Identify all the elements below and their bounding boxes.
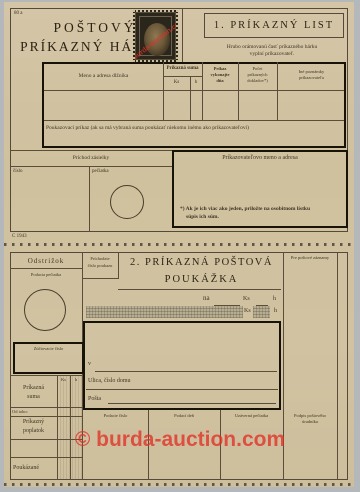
scanned-postal-form: 80 a POŠTOVÝ PRÍKAZNÝ HÁROK © burda-auct… — [0, 0, 360, 492]
address-v: v — [88, 361, 91, 368]
col-sum-ks: Ks — [163, 80, 190, 86]
auction-watermark: © burda-auction.com — [25, 428, 335, 452]
arrival-header-rule — [10, 166, 172, 167]
stub-postmark-label: Podacia pečiatka — [10, 272, 82, 277]
stub-header: Odstrižok — [10, 257, 82, 265]
col-docs-l2: príkazných — [238, 72, 277, 77]
section-heading: 1. PRÍKAZNÝ LIST — [204, 20, 344, 32]
col-debtor: Meno a adresa dlžníka — [44, 73, 163, 79]
records-header: Pre poštové záznamy — [283, 255, 337, 260]
stub-ks-label: Ks — [57, 377, 70, 382]
amount-ks: Ks — [243, 296, 250, 303]
address-rule — [95, 371, 277, 372]
table-header-rule — [44, 90, 344, 91]
col-docs-l3: dokladov*) — [238, 78, 277, 83]
col-sum: Príkazná suma — [163, 66, 202, 72]
address-rule — [108, 403, 276, 404]
col-clerk-signature-l1: Podpis poštového — [283, 413, 337, 418]
stub-rule — [10, 457, 83, 458]
col-docs-l1: Počet — [238, 66, 277, 71]
postage-stamp: © burda-auction.com — [133, 10, 178, 62]
remit-instruction: Poukazovací príkaz (ak sa má vybraná sum… — [46, 125, 249, 131]
col-closing-stamp: Uzáverná pečiatka — [220, 413, 283, 418]
perforation-row — [4, 483, 354, 486]
amount2-shaded-band — [86, 306, 243, 318]
incoming-number-l2: číslo poukazu — [82, 263, 118, 268]
form-code: C 1943 — [12, 234, 27, 240]
incoming-box-rule — [118, 252, 119, 278]
records-divider — [337, 252, 338, 480]
stub-sum-l2: suma — [10, 394, 57, 401]
form2-title-line2: POUKÁŽKA — [120, 274, 283, 286]
amount-h: h — [273, 296, 276, 303]
account-number-label: Zúčtovacie číslo — [13, 346, 84, 351]
perforation-row — [4, 243, 354, 246]
arrival-divider — [89, 166, 90, 232]
footnote-line1: *) Ak je ich viac ako jeden, priložte na… — [180, 206, 310, 212]
stub-remitted: Poukázané — [13, 465, 39, 472]
col-clerk-signature-l2: úradníka — [283, 419, 337, 424]
orderer-header: Príkazovateľovo meno a adresa — [172, 155, 348, 162]
col-submission-number: Podacie číslo — [83, 413, 148, 418]
col-execute-l1: Príkaz — [202, 66, 238, 71]
stub-header-rule — [10, 268, 82, 269]
incoming-number-l1: Príchodzie — [82, 256, 118, 261]
amount2-ks: Ks — [244, 308, 251, 315]
amount2-shaded-cell — [253, 306, 270, 318]
stub-fee-l1: Príkazný — [10, 419, 57, 426]
arrival-postmark-circle — [110, 185, 144, 219]
incoming-box-rule — [82, 278, 119, 279]
stub-rule — [10, 416, 83, 417]
title-rule — [118, 289, 281, 290]
arrival-stamp-label: pečiatka — [92, 169, 109, 175]
section-note-line2: vyplní príkazovateľ. — [196, 51, 348, 57]
stub-sum-l1: Príkazná — [10, 385, 57, 392]
col-execute-l3: dňa — [202, 78, 238, 83]
stub-rule — [10, 407, 83, 408]
arrival-header: Príchod zásielky — [10, 155, 172, 161]
stub-h-label: h — [70, 377, 82, 382]
stub-rule — [10, 375, 83, 376]
table-row-rule — [44, 120, 344, 121]
amount-na: na — [203, 294, 210, 302]
arrival-number-label: číslo — [13, 169, 22, 175]
form2-title-line1: 2. PRÍKAZNÁ POŠTOVÁ — [120, 257, 283, 269]
table-rule — [163, 76, 202, 77]
col-notes-l1: Iné poznámky — [277, 69, 346, 74]
address-post-label: Pošta — [88, 396, 101, 403]
col-execute-l2: vykonajte — [202, 72, 238, 77]
amount2-h: h — [274, 308, 277, 315]
corner-note: 80 a — [14, 11, 22, 17]
section-note-line1: Hrubo orámovanú časť príkazného hárku — [196, 44, 348, 50]
col-sum-h: h — [190, 80, 202, 86]
stub-postmark-circle — [24, 289, 66, 331]
col-submission-day: Podací deň — [148, 413, 220, 418]
col-notes-l2: príkazovateľa — [277, 75, 346, 80]
address-rule — [86, 389, 278, 390]
footnote-line2: súpis ich súm. — [186, 214, 219, 220]
address-box — [83, 321, 281, 410]
arrival-top-rule — [10, 150, 172, 151]
address-street-label: Ulica, číslo domu — [88, 378, 131, 385]
header-divider — [182, 8, 183, 62]
stub-of-which: Od toho: — [12, 409, 28, 414]
